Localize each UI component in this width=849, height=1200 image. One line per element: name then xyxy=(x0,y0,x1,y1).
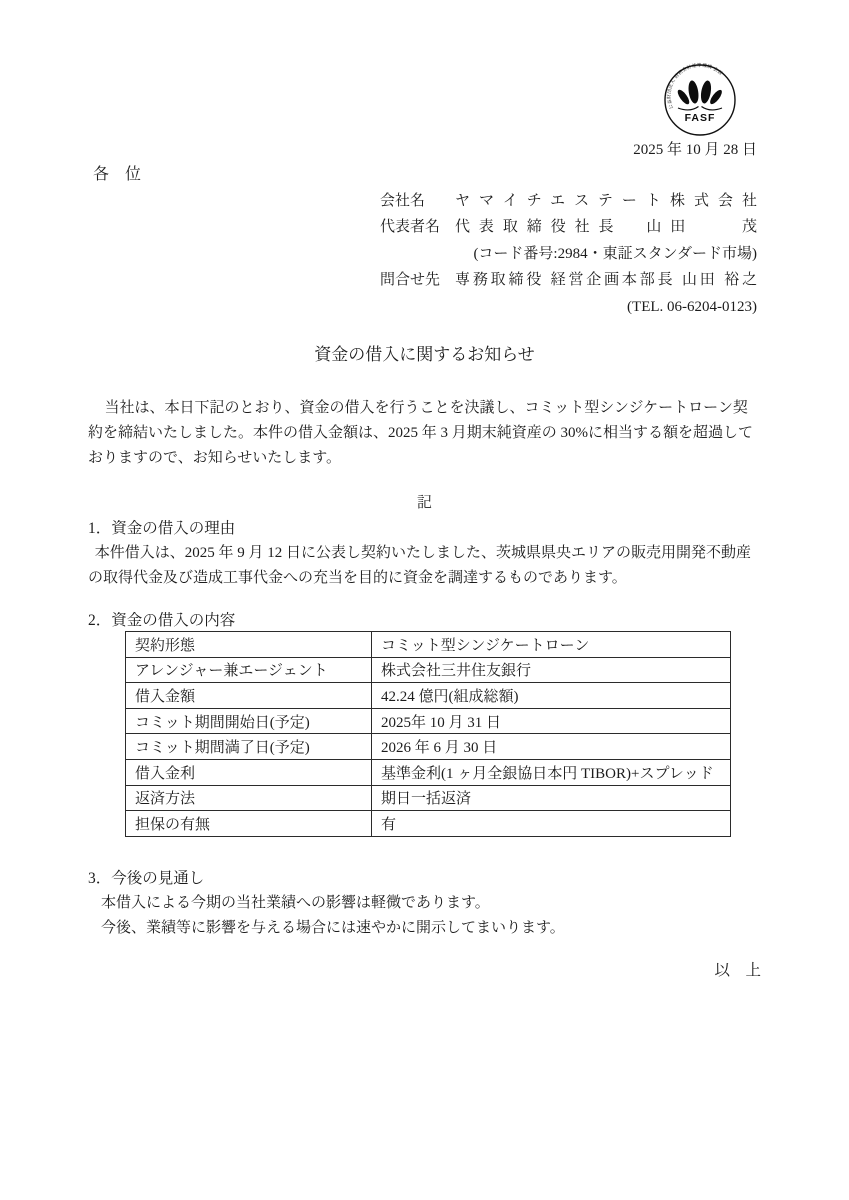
row-value: 基準金利(1 ヶ月全銀協日本円 TIBOR)+スプレッド xyxy=(372,759,731,785)
row-label: コミット期間満了日(予定) xyxy=(126,734,372,760)
addressee: 各 位 xyxy=(93,161,141,184)
release-date: 2025 年 10 月 28 日 xyxy=(633,138,757,159)
table-row: コミット期間満了日(予定) 2026 年 6 月 30 日 xyxy=(126,734,731,760)
row-value: 2025年 10 月 31 日 xyxy=(372,708,731,734)
logo-leaves-icon xyxy=(676,80,724,110)
row-label: 借入金額 xyxy=(126,683,372,709)
table-row: 返済方法 期日一括返済 xyxy=(126,785,731,811)
fasf-member-logo: 公益財団法人 財務会計基準機構 会員 FASF xyxy=(662,62,738,138)
closing-mark: 以 上 xyxy=(88,958,761,980)
row-label: 担保の有無 xyxy=(126,811,372,837)
row-value: 42.24 億円(組成総額) xyxy=(372,683,731,709)
stock-code-value: (コード番号:2984・東証スタンダード市場) xyxy=(455,241,757,267)
table-row: アレンジャー兼エージェント 株式会社三井住友銀行 xyxy=(126,657,731,683)
representative-row: 代表者名 代表取締役社長 山田 茂 xyxy=(380,214,757,240)
representative-label: 代表者名 xyxy=(380,214,455,240)
section1-heading: 1．資金の借入の理由 xyxy=(88,516,235,538)
row-value: 有 xyxy=(372,811,731,837)
table-row: 契約形態 コミット型シンジケートローン xyxy=(126,632,731,658)
section1-body: 本件借入は、2025 年 9 月 12 日に公表し契約いたしました、茨城県県央エ… xyxy=(88,541,761,591)
company-name-row: 会社名 ヤマイチエステート株式会社 xyxy=(380,188,757,214)
company-name-label: 会社名 xyxy=(380,188,455,214)
tel-value: (TEL. 06-6204-0123) xyxy=(455,294,757,320)
table-row: 借入金額 42.24 億円(組成総額) xyxy=(126,683,731,709)
contact-row: 問合せ先 専務取締役 経営企画本部長 山田 裕之 xyxy=(380,267,757,293)
row-label: コミット期間開始日(予定) xyxy=(126,708,372,734)
logo-fasf-text: FASF xyxy=(685,112,716,124)
row-value: 2026 年 6 月 30 日 xyxy=(372,734,731,760)
record-mark: 記 xyxy=(88,491,761,512)
row-value: コミット型シンジケートローン xyxy=(372,632,731,658)
document-title: 資金の借入に関するお知らせ xyxy=(88,340,761,365)
loan-details-table: 契約形態 コミット型シンジケートローン アレンジャー兼エージェント 株式会社三井… xyxy=(125,631,731,837)
table-row: 担保の有無 有 xyxy=(126,811,731,837)
intro-paragraph: 当社は、本日下記のとおり、資金の借入を行うことを決議し、コミット型シンジケートロ… xyxy=(88,396,761,471)
table-row: コミット期間開始日(予定) 2025年 10 月 31 日 xyxy=(126,708,731,734)
section3-line-2: 今後、業績等に影響を与える場合には速やかに開示してまいります。 xyxy=(88,916,761,937)
section3-line-1: 本借入による今期の当社業績への影響は軽微であります。 xyxy=(88,891,761,912)
company-name-value: ヤマイチエステート株式会社 xyxy=(455,188,757,214)
tel-row: (TEL. 06-6204-0123) xyxy=(380,294,757,320)
contact-value: 専務取締役 経営企画本部長 山田 裕之 xyxy=(455,267,757,293)
row-label: 返済方法 xyxy=(126,785,372,811)
row-label: アレンジャー兼エージェント xyxy=(126,657,372,683)
stock-code-row: (コード番号:2984・東証スタンダード市場) xyxy=(380,241,757,267)
row-label: 借入金利 xyxy=(126,759,372,785)
row-value: 株式会社三井住友銀行 xyxy=(372,657,731,683)
company-info-block: 会社名 ヤマイチエステート株式会社 代表者名 代表取締役社長 山田 茂 (コード… xyxy=(380,188,757,320)
row-label: 契約形態 xyxy=(126,632,372,658)
section3-heading: 3．今後の見通し xyxy=(88,866,204,888)
representative-value: 代表取締役社長 山田 茂 xyxy=(455,214,757,240)
section2-heading: 2．資金の借入の内容 xyxy=(88,608,235,630)
row-value: 期日一括返済 xyxy=(372,785,731,811)
document-page: 公益財団法人 財務会計基準機構 会員 FASF 2025 年 10 月 28 日… xyxy=(0,0,849,1200)
table-row: 借入金利 基準金利(1 ヶ月全銀協日本円 TIBOR)+スプレッド xyxy=(126,759,731,785)
contact-label: 問合せ先 xyxy=(380,267,455,293)
